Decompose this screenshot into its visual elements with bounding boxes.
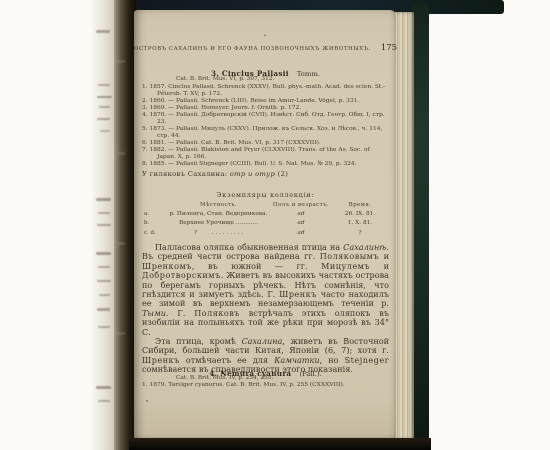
species-author: (Pall.). bbox=[299, 370, 321, 378]
entry-year: 1857. bbox=[150, 84, 167, 90]
print-fragment bbox=[96, 386, 111, 389]
catalog-reference: Cat. B. Brit. Mus. IV, p. 254, 255. bbox=[176, 375, 273, 381]
native-names-line: У гиляковъ Сахалина: отр и отур (2) bbox=[142, 170, 389, 178]
entry-year: 1869. bbox=[150, 105, 167, 111]
entry-number: 1. bbox=[142, 382, 148, 388]
print-fragment bbox=[96, 252, 111, 255]
print-fragment bbox=[100, 130, 110, 132]
print-fragment bbox=[116, 152, 125, 155]
print-fragment bbox=[96, 198, 111, 201]
print-fragment bbox=[97, 224, 111, 226]
page-number: 175 bbox=[381, 43, 397, 53]
row-label: a. bbox=[142, 211, 166, 218]
entry-reference: — Pallasii. Добротворскій (CVII). Извѣст… bbox=[157, 112, 385, 125]
column-header-date: Время. bbox=[331, 202, 389, 209]
sex-age-cell: ad bbox=[271, 220, 331, 227]
locality-cell: р. Пиленга, Стан. Ведерникова. bbox=[166, 211, 271, 218]
entry-reference: — Pallasii. Cat. B. Brit. Mus. VI, p. 31… bbox=[168, 140, 320, 146]
print-fragment bbox=[97, 118, 110, 120]
print-fragment bbox=[117, 242, 125, 245]
book-page: + ОСТРОВЪ САХАЛИНЪ И ЕГО ФАУНА ПОЗВОНОЧН… bbox=[134, 10, 396, 440]
book-gutter-shadow bbox=[114, 0, 136, 450]
synonymy-entry: 4. 1870. — Pallasii. Добротворскій (CVII… bbox=[142, 112, 389, 125]
entry-number: 4. bbox=[142, 112, 148, 118]
entry-year: 1873. bbox=[150, 126, 167, 132]
native-names: отр и отур bbox=[230, 170, 275, 178]
table-corner bbox=[142, 202, 166, 209]
entry-number: 3. bbox=[142, 105, 148, 111]
synonymy-entry: 1. 1879. Tarsiger cyanurus. Cat. B. Brit… bbox=[142, 382, 389, 389]
page-speck bbox=[146, 400, 148, 402]
facing-page-edge bbox=[92, 0, 116, 450]
entry-year: 1885. bbox=[150, 161, 167, 167]
print-fragment bbox=[98, 212, 110, 214]
paragraph: Палласова оляпка обыкновенная птица на С… bbox=[142, 243, 389, 337]
entry-number: 5. bbox=[142, 126, 148, 132]
running-header: ОСТРОВЪ САХАЛИНЪ И ЕГО ФАУНА ПОЗВОНОЧНЫХ… bbox=[142, 43, 389, 53]
native-names-count: (2) bbox=[278, 170, 289, 178]
date-cell: 26. IX. 81. bbox=[331, 211, 389, 218]
synonymy-list: 1. 1879. Tarsiger cyanurus. Cat. B. Brit… bbox=[142, 382, 389, 389]
print-fragment bbox=[97, 280, 111, 282]
entry-reference: — Pallasii. Schrenck (LIII). Reise im Am… bbox=[168, 98, 359, 104]
entry-number: 6. bbox=[142, 140, 148, 146]
print-fragment bbox=[98, 400, 110, 402]
synonymy-entry: 2. 1860. — Pallasii. Schrenck (LIII). Re… bbox=[142, 98, 389, 105]
print-fragment bbox=[98, 84, 110, 86]
synonymy-entry: 1. 1857. Cinclus Pallasii. Schrenck (XXX… bbox=[142, 84, 389, 97]
entry-number: 7. bbox=[142, 147, 148, 153]
entry-reference: — Pallasii. Blakiston and Pryer (CLXXVII… bbox=[157, 147, 370, 160]
date-cell: ? bbox=[331, 230, 389, 237]
specimens-title: Экземпляры коллекціи: bbox=[142, 191, 389, 199]
synonymy-entry: 3. 1869. — Pallasii. Homeyer. Journ. f. … bbox=[142, 105, 389, 112]
entry-number: 2. bbox=[142, 98, 148, 104]
date-cell: 1. X. 81. bbox=[331, 220, 389, 227]
printers-mark: + bbox=[134, 33, 396, 39]
entry-reference: Tarsiger cyanurus. Cat. B. Brit. Mus. IV… bbox=[168, 382, 344, 388]
body-text: Палласова оляпка обыкновенная птица на С… bbox=[142, 243, 389, 375]
synonymy-entry: 8. 1885. — Pallasii Stejneger (CCIII). B… bbox=[142, 161, 389, 168]
sex-age-cell: ad bbox=[271, 230, 331, 237]
page-edge-stack bbox=[395, 12, 414, 439]
print-fragment bbox=[116, 332, 125, 335]
synonymy-entry: 6. 1881. — Pallasii. Cat. B. Brit. Mus. … bbox=[142, 140, 389, 147]
print-fragment bbox=[98, 326, 110, 328]
sex-age-cell: ad bbox=[271, 211, 331, 218]
print-fragment bbox=[97, 96, 112, 98]
species-author: Temm. bbox=[297, 70, 320, 78]
print-fragment bbox=[99, 106, 110, 108]
entry-reference: — Pallasii Stejneger (CCIII). Bull. U. S… bbox=[168, 161, 356, 167]
synonymy-list: 1. 1857. Cinclus Pallasii. Schrenck (XXX… bbox=[142, 84, 389, 168]
synonymy-entry: 7. 1882. — Pallasii. Blakiston and Pryer… bbox=[142, 147, 389, 160]
entry-reference: — Pallasii. Homeyer. Journ. f. Ornith. p… bbox=[168, 105, 301, 111]
row-label: b. bbox=[142, 220, 166, 227]
print-fragment bbox=[99, 294, 110, 296]
entry-reference: Cinclus Pallasii. Schrenck (XXXV). Bull.… bbox=[157, 84, 385, 97]
entry-year: 1881. bbox=[150, 140, 167, 146]
entry-number: 8. bbox=[142, 161, 148, 167]
entry-year: 1882. bbox=[150, 147, 167, 153]
catalog-reference: Cat. B. Brit. Mus. VI, p. 307, 312. bbox=[176, 76, 274, 82]
print-fragment bbox=[98, 266, 110, 268]
row-label: c. d. bbox=[142, 230, 166, 237]
column-header-locality: Мѣстность. bbox=[166, 202, 271, 209]
entry-reference: — Pallasii. Мицуль (CXXV). Прилож. къ Се… bbox=[157, 126, 382, 139]
locality-cell: Верхнее Урочище ............ bbox=[166, 220, 271, 227]
entry-year: 1870. bbox=[150, 112, 167, 118]
synonymy-entry: 5. 1873. — Pallasii. Мицуль (CXXV). Прил… bbox=[142, 126, 389, 139]
entry-year: 1860. bbox=[150, 98, 167, 104]
running-title: ОСТРОВЪ САХАЛИНЪ И ЕГО ФАУНА ПОЗВОНОЧНЫХ… bbox=[134, 46, 371, 52]
print-fragment bbox=[96, 30, 110, 33]
specimens-table: Мѣстность. Полъ и возрастъ. Время. a. р.… bbox=[142, 202, 389, 237]
print-fragment bbox=[117, 60, 125, 63]
column-header-sex-age: Полъ и возрастъ. bbox=[271, 202, 331, 209]
print-fragment bbox=[97, 308, 110, 311]
native-names-prefix: У гиляковъ Сахалина: bbox=[142, 170, 227, 178]
entry-year: 1879. bbox=[150, 382, 167, 388]
book-cover bbox=[412, 2, 429, 444]
entry-number: 1. bbox=[142, 84, 148, 90]
book-photo: + ОСТРОВЪ САХАЛИНЪ И ЕГО ФАУНА ПОЗВОНОЧН… bbox=[0, 0, 550, 450]
locality-cell: ? . . . . . . . . . bbox=[166, 230, 271, 237]
bottom-shadow bbox=[129, 438, 431, 450]
